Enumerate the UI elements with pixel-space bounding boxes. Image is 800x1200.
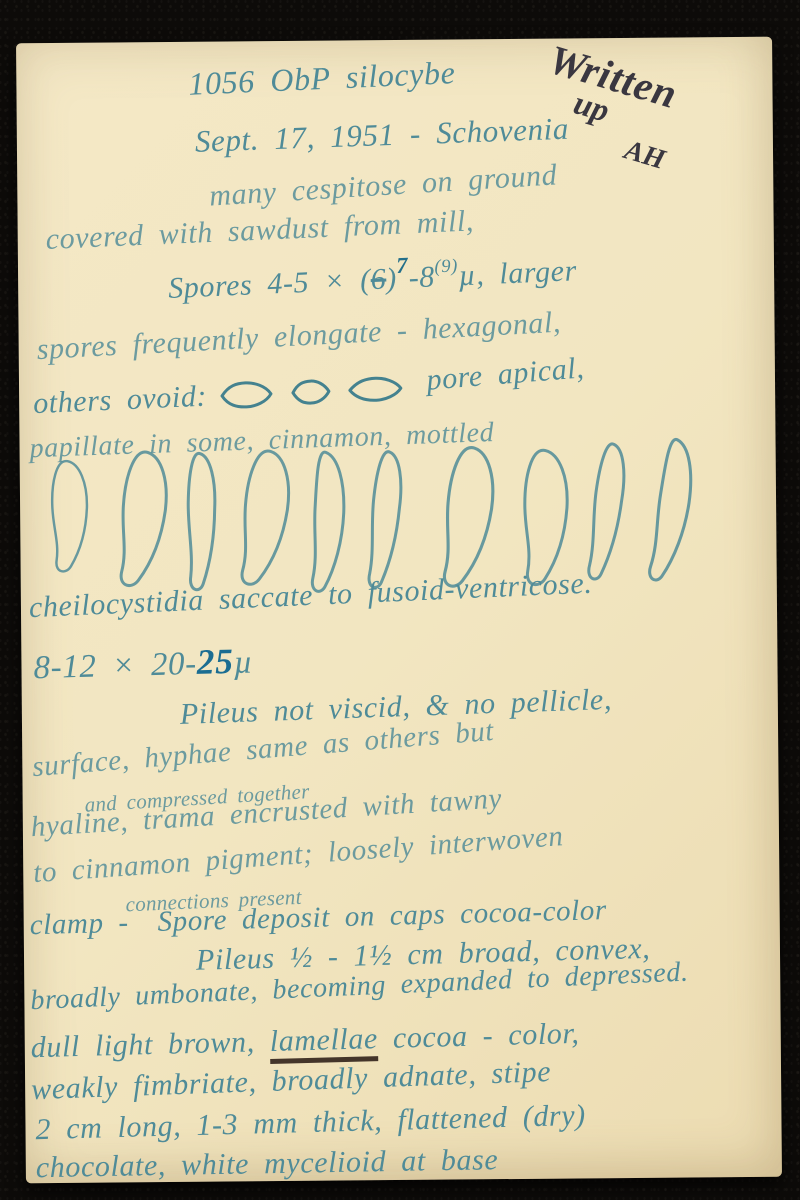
cystidium-outline [242,450,291,586]
cap-color-post: cocoa - color, [377,1017,579,1055]
spore-dims-pre: Spores 4-5 × ( [167,263,371,305]
cystidium-outline [588,443,626,581]
cystidium-outline [300,451,353,592]
spore-dimensions-line: Spores 4-5 × (6)7-8(9)µ, larger [167,254,577,306]
cap-color-pre: dull light brown, [30,1025,270,1064]
ovoid-spore-sketch [288,375,333,409]
cystidia-dims-pre: 8-12 × 20- [33,646,197,686]
ovoid-spore-sketch [218,378,275,412]
cystidium-outline [183,453,221,591]
cystidium-outline [48,460,92,572]
collection-number-line: 1056 ObP silocybe [188,54,456,103]
underlined-lamellae: lamellae [269,1022,378,1064]
index-card: Written up AH 1056 ObP silocybe Sept. 17… [16,37,782,1184]
superscript-edit: 7 [396,253,409,278]
ovoid-spore-sketch [346,372,405,406]
spore-dims-post: µ, larger [458,254,578,292]
superscript-range: (9) [434,255,458,277]
cystidia-dims-post: µ [233,644,254,681]
stipe-dimensions-line: 2 cm long, 1-3 mm thick, flattened (dry) [35,1099,586,1147]
pore-apical-note: pore apical, [425,351,585,397]
ovoid-spores-line: others ovoid: pore apical, [32,363,585,421]
clamp-label: clamp - [29,907,129,942]
cystidia-dimensions-line: 8-12 × 20-25µ [33,639,254,687]
date-location-line: Sept. 17, 1951 - Schovenia [194,111,569,160]
cystidium-outline [522,449,571,585]
cystidium-outline [650,439,692,580]
bold-edit-number: 25 [196,641,234,682]
cystidium-outline [444,447,495,588]
cystidium-outline [121,451,168,586]
habit-line-2: covered with sawdust from mill, [45,204,475,257]
cystidium-outline [369,451,402,588]
spore-dims-mid: -8 [408,260,436,294]
struck-out-number: 6 [370,262,387,296]
ovoid-label: others ovoid: [32,380,207,422]
habit-line-1: many cespitose on ground [208,158,558,213]
spore-shape-line: spores frequently elongate - hexagonal, [36,306,562,367]
stipe-base-line: chocolate, white mycelioid at base [36,1143,499,1185]
